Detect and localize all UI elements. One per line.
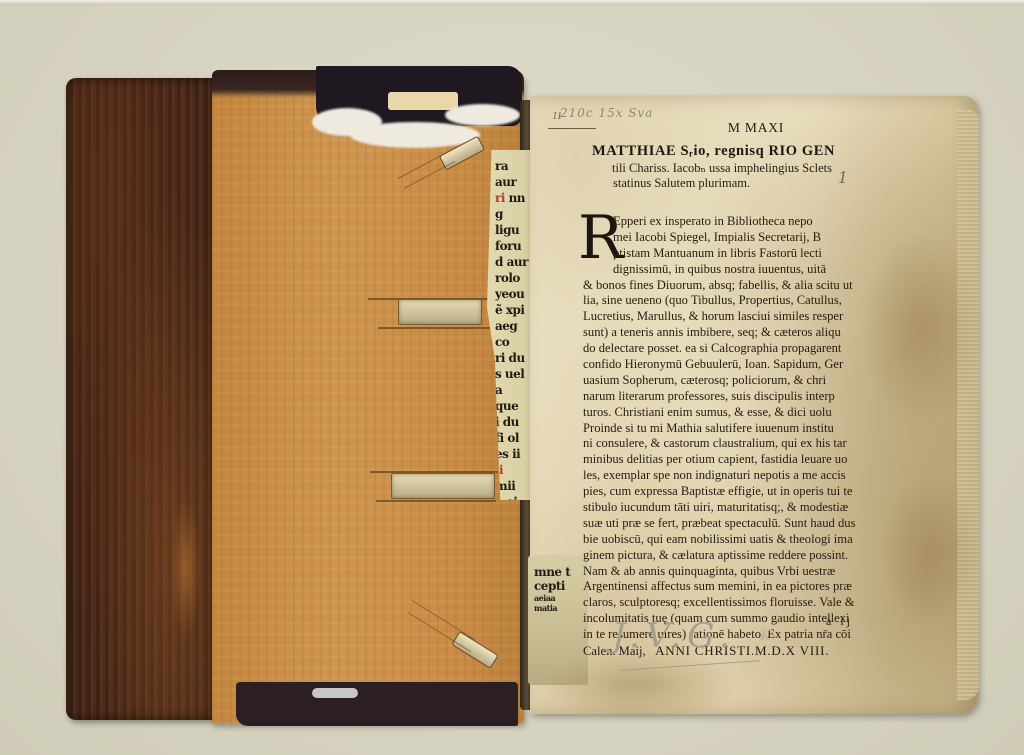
ms-line: ẽ xpi [495,302,529,318]
clasp-strap-lower [391,473,495,499]
ms-line: matia [534,603,586,613]
ms-line: mii [495,478,529,494]
water-stain [540,650,740,720]
text-line: ni consulere, & castorum claustralium, q… [583,436,875,452]
ms-line: ri du [495,350,529,366]
text-line: suæ uti præ se fert, præbeat spectaculū.… [583,516,875,532]
ms-line: foru [495,238,529,254]
pencil-initials: J.V.G. [612,616,736,656]
ms-line: rolo [495,270,529,286]
text-line: ptistam Mantuanum in libris Fastorū lect… [583,246,875,262]
ms-line: d aur [495,254,529,270]
text-line: claros, sculptoresq; excellentissimos fl… [583,595,875,611]
board-bottom-leather-remnant [236,682,518,726]
text-line: minibus delitias per otium capient, fast… [583,452,875,468]
text-line: Nam & ab annis quinquaginta, quibus Vrbi… [583,564,875,580]
text-line: mei Iacobi Spiegel, Impialis Secretarij,… [583,230,875,246]
heading-line-2: MATTHIAE Sᵣio, regnisq RIO GEN [592,143,892,160]
leather-spine [66,78,216,720]
text-line: ginem pictura, & cælatura aptissime redd… [583,548,875,564]
text-line: sunt) a teneris annis imbibere, seq; & c… [583,325,875,341]
pencil-stroke [548,128,596,129]
water-stain [880,470,980,630]
pencil-page-number: 1 [838,167,847,188]
pencil-note-left: 11 [552,110,562,122]
ms-line: ligu [495,222,529,238]
ms-line: ra aur [495,158,529,190]
text-line: stibulo iucundum tāti uiri, maturitatisq… [583,500,875,516]
ms-line: cepti [534,579,586,593]
text-line: Lucretius, Marullus, & horum lasciui sim… [583,309,875,325]
wooden-cover-board [212,74,524,724]
text-line: narum literarum professores, suis discip… [583,389,875,405]
strap-slit [376,500,496,502]
strap-slit [378,327,490,329]
ms-line: mne t [534,565,586,579]
heading-line-4: statinus Salutem plurimam. [613,176,750,191]
text-line: dignissimū, in quibus nostra iuuentus, u… [583,262,875,278]
text-line: lia, sine ueneno (quo Tibullus, Properti… [583,293,875,309]
text-line: pies, cum expressa Baptistæ effigie, ut … [583,484,875,500]
text-line: do delectare posset. ea si Calcographia … [583,341,875,357]
ms-line: a que [495,382,529,414]
exposed-paper-patch [388,92,458,110]
heading-line-3: tili Chariss. Iacobₙ ussa imphelingius S… [612,160,832,176]
signature-mark: a ij [826,614,853,629]
ms-line: aeiaa [534,593,586,603]
ms-rubric: ri [495,191,505,205]
text-line: confido Hieronymū Gebuulerū, Ioan. Sapid… [583,357,875,373]
heading-line-1: M MAXI [596,120,916,136]
ms-line: aeg co [495,318,529,350]
text-line: turos. Christiani enim sumus, & esse, & … [583,405,875,421]
ms-line: yeou [495,286,529,302]
text-line: Proinde si tu mi Mathia salutifere iuuen… [583,421,875,437]
ms-line: es ii [495,447,520,461]
text-line: Argentinensi affectus sum memini, in ea … [583,579,875,595]
ms-line: i du [495,414,529,430]
text-line: uasium Sopherum, cæterosq; policiorum, &… [583,373,875,389]
water-stain [860,230,980,430]
pencil-faint-mark: K [760,628,770,644]
dedication-body-text: Epperi ex insperato in Bibliotheca nepo … [583,214,875,659]
text-line: les, exemplar spe non indignaturi nepoti… [583,468,875,484]
ms-line: fi ol [495,430,529,446]
ms-line: s uel [495,366,529,382]
text-line: & bonos fines Diuorum, absq; fabellis, &… [583,278,875,294]
paper-fleck [312,688,358,698]
text-line: bie uobiscū, qui eam nobilissimi uatis &… [583,532,875,548]
clasp-strap-upper [398,299,482,325]
text-line: Epperi ex insperato in Bibliotheca nepo [583,214,875,230]
paper-residue [445,104,520,126]
pencil-note-top: 210c 15x Sva [560,106,653,120]
